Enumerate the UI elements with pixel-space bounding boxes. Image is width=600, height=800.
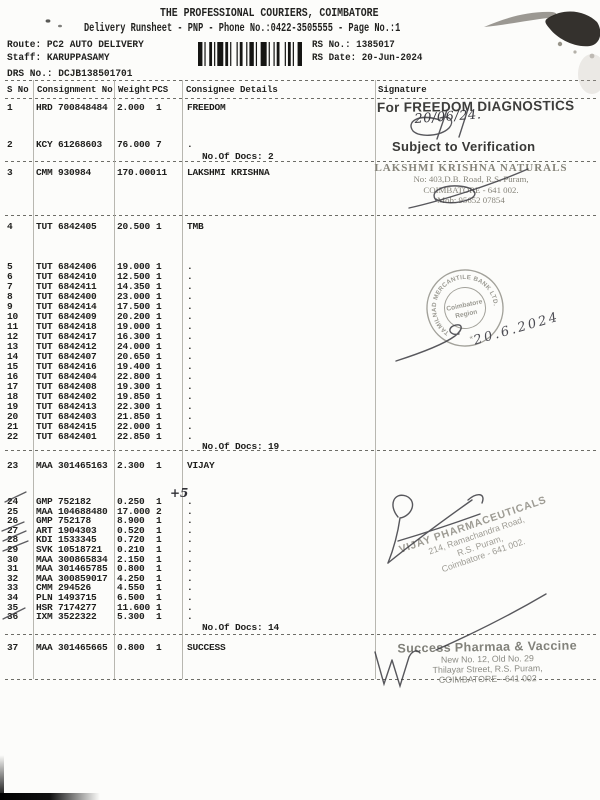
smudge-blob bbox=[545, 11, 600, 46]
scan-artifacts bbox=[0, 0, 600, 800]
scan-edge-left bbox=[0, 755, 4, 800]
smudge-streak bbox=[484, 12, 556, 27]
runsheet-page: THE PROFESSIONAL COURIERS, COIMBATORE De… bbox=[0, 0, 600, 800]
smudge-speck bbox=[573, 50, 576, 53]
smudge-speck bbox=[558, 42, 562, 46]
ink-dot bbox=[46, 19, 51, 22]
scan-edge-bottom bbox=[0, 793, 100, 800]
ink-dot bbox=[58, 25, 62, 28]
smudge-haze bbox=[578, 54, 600, 94]
